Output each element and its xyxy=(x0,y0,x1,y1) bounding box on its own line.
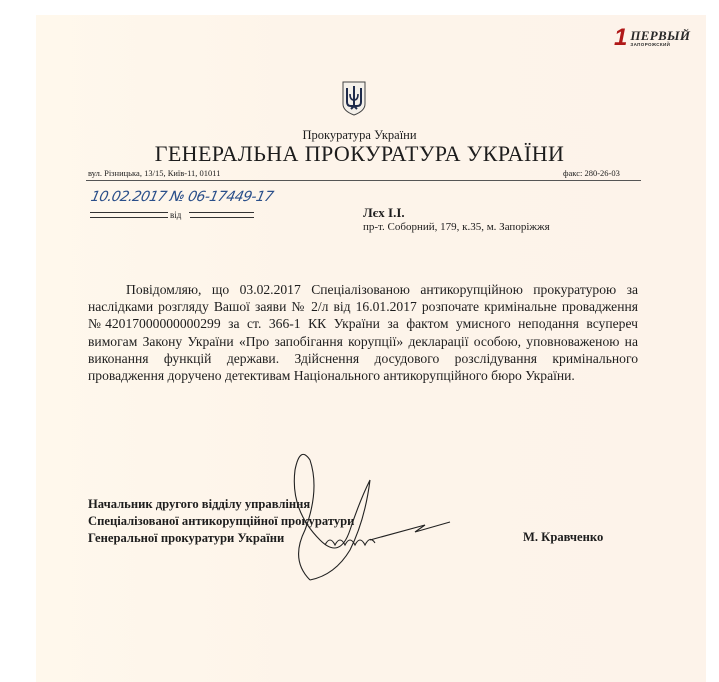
org-fax: факс: 280-26-03 xyxy=(563,168,620,178)
recipient-address: пр-т. Соборний, 179, к.35, м. Запоріжжя xyxy=(363,221,550,233)
ref-number-line xyxy=(189,212,254,213)
signatory-name: М. Кравченко xyxy=(523,530,603,545)
logo-title: ПЕРВЫЙ xyxy=(630,29,690,42)
handwritten-reference: 10.02.2017 № 06-17449-17 xyxy=(89,189,274,205)
trident-coat-of-arms-icon xyxy=(341,80,367,116)
recipient-name: Лєх І.І. xyxy=(363,205,405,221)
ref-date-line xyxy=(90,212,168,213)
signatory-line-3: Генеральної прокуратури України xyxy=(88,530,354,547)
ref-from-date-line xyxy=(90,217,168,218)
logo-number: 1 xyxy=(614,26,627,50)
org-name-title: ГЕНЕРАЛЬНА ПРОКУРАТУРА УКРАЇНИ xyxy=(0,141,719,167)
org-address: вул. Різницька, 13/15, Київ-11, 01011 xyxy=(88,168,221,178)
channel-logo: 1 ПЕРВЫЙ ЗАПОРОЖСКИЙ xyxy=(614,26,690,50)
body-paragraph: Повідомляю, що 03.02.2017 Спеціалізовано… xyxy=(88,281,638,384)
signatory-line-1: Начальник другого відділу управління xyxy=(88,496,354,513)
letterhead-divider xyxy=(86,180,641,181)
ref-from-label: від xyxy=(170,210,181,220)
ref-from-number-line xyxy=(190,217,254,218)
logo-subtitle: ЗАПОРОЖСКИЙ xyxy=(630,43,690,48)
letter-body: Повідомляю, що 03.02.2017 Спеціалізовано… xyxy=(88,281,638,384)
signatory-line-2: Спеціалізованої антикорупційної прокурат… xyxy=(88,513,354,530)
signatory-title: Начальник другого відділу управління Спе… xyxy=(88,496,354,547)
